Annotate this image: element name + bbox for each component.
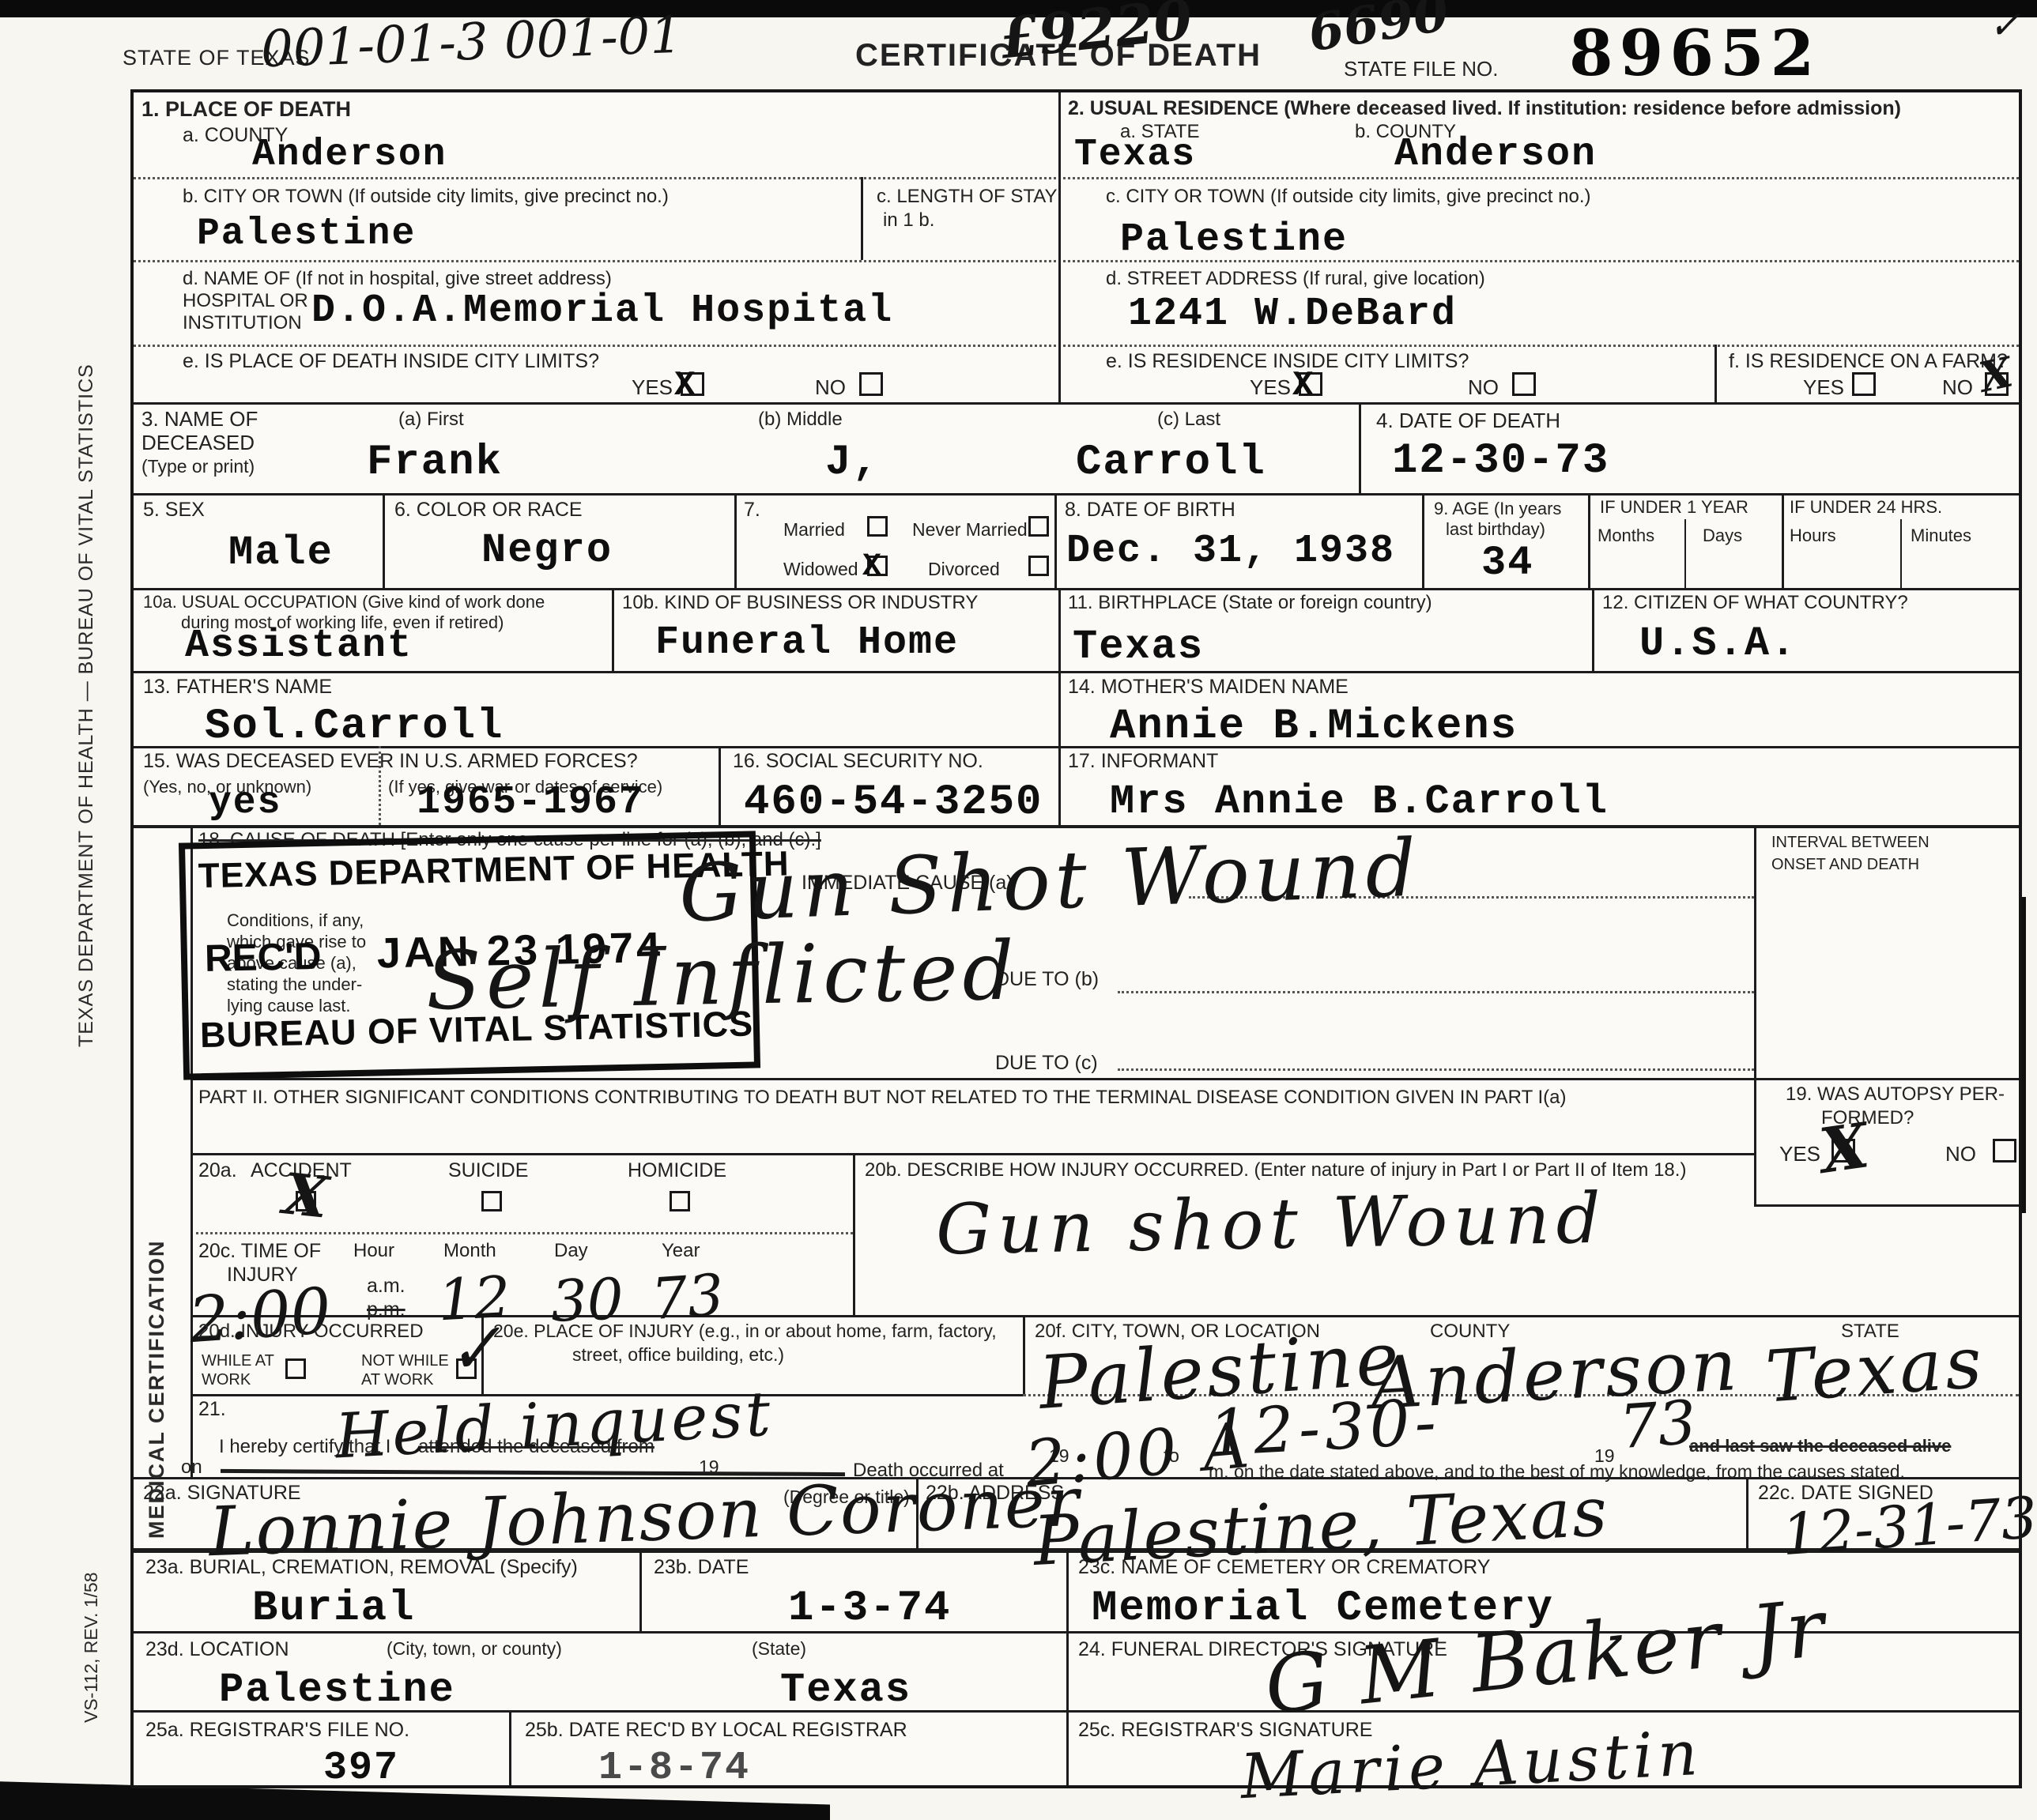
injury-desc-value-handwritten: Gun shot Wound — [935, 1184, 1607, 1265]
grid-line — [1066, 1710, 1069, 1785]
middle-name-value: J, — [825, 439, 880, 487]
grid-line — [509, 1710, 511, 1785]
under-1-year-label: IF UNDER 1 YEAR — [1600, 497, 1748, 518]
pm-label: p.m. — [367, 1298, 406, 1321]
burial-location-city-value: Palestine — [219, 1667, 455, 1713]
res-no-label: NO — [1468, 375, 1499, 400]
burial-value: Burial — [252, 1584, 415, 1633]
grid-line — [1782, 493, 1784, 588]
res-city-limits-yes-mark: X — [1292, 366, 1315, 405]
interval-label-2: ONSET AND DEATH — [1771, 856, 1919, 874]
registrar-file-label: 25a. REGISTRAR'S FILE NO. — [145, 1719, 409, 1742]
form-code-text: VS-112, REV. 1/58 — [81, 1537, 102, 1723]
registrar-file-value: 397 — [323, 1746, 399, 1791]
grid-line — [612, 588, 614, 671]
usual-residence-title: 2. USUAL RESIDENCE (Where deceased lived… — [1068, 97, 1901, 120]
res-street-value: 1241 W.DeBard — [1128, 292, 1457, 337]
pod-city-value: Palestine — [197, 213, 416, 255]
grid-line — [1684, 519, 1686, 588]
length-of-stay-label-1: c. LENGTH OF STAY — [877, 186, 1057, 208]
res-city-limits-label: e. IS RESIDENCE INSIDE CITY LIMITS? — [1106, 350, 1469, 373]
homicide-label: HOMICIDE — [628, 1159, 726, 1182]
grid-line — [1359, 402, 1361, 493]
citizen-value: U.S.A. — [1639, 620, 1797, 667]
injury-year-handwritten: 73 — [650, 1266, 726, 1328]
checkbox-never-married — [1028, 516, 1049, 537]
date-of-death-label: 4. DATE OF DEATH — [1376, 409, 1560, 433]
grid-line — [1746, 1477, 1748, 1548]
res-city-value: Palestine — [1120, 217, 1348, 262]
place-of-injury-label-2: street, office building, etc.) — [572, 1344, 784, 1366]
minutes-label: Minutes — [1911, 526, 1971, 546]
pod-city-limits-label: e. IS PLACE OF DEATH INSIDE CITY LIMITS? — [183, 350, 599, 373]
ssn-label: 16. SOCIAL SECURITY NO. — [733, 750, 983, 773]
accident-mark-handwritten: X — [281, 1165, 330, 1226]
pod-county-value: Anderson — [252, 134, 447, 176]
res-city-label: c. CITY OR TOWN (If outside city limits,… — [1106, 186, 1591, 208]
burial-date-label: 23b. DATE — [654, 1556, 749, 1579]
grid-line — [1588, 493, 1590, 588]
res-farm-label: f. IS RESIDENCE ON A FARM? — [1729, 350, 2008, 373]
res-yes-label: YES — [1250, 375, 1291, 400]
widowed-mark: X — [862, 549, 883, 585]
length-of-stay-label-2: in 1 b. — [883, 209, 934, 232]
occupation-label-1: 10a. USUAL OCCUPATION (Give kind of work… — [143, 592, 545, 612]
birthplace-value: Texas — [1073, 624, 1204, 670]
marital-label: 7. — [744, 499, 760, 522]
last-name-value: Carroll — [1076, 439, 1266, 487]
armed-forces-value: yes — [209, 782, 281, 824]
autopsy-no-label: NO — [1945, 1142, 1976, 1166]
pod-city-limits-yes-mark: X — [674, 366, 696, 405]
name-title-2: DECEASED — [141, 431, 255, 455]
grid-line — [1066, 1631, 1069, 1710]
mother-name-label: 14. MOTHER'S MAIDEN NAME — [1068, 676, 1349, 699]
checkbox-while-at-work — [285, 1358, 306, 1379]
autopsy-yes-label: YES — [1779, 1142, 1820, 1166]
due-to-b-value-handwritten: Self Inflicted — [425, 931, 1019, 1022]
burial-location-state-value: Texas — [780, 1667, 911, 1713]
registrar-date-label: 25b. DATE REC'D BY LOCAL REGISTRAR — [525, 1719, 907, 1742]
date-signed-handwritten: 12-31-73 — [1780, 1489, 2037, 1563]
farm-yes-label: YES — [1803, 375, 1844, 400]
not-while-mark-handwritten: ✓ — [443, 1313, 506, 1385]
age-label-1: 9. AGE (In years — [1434, 499, 1561, 519]
medical-certification-text: MEDICAL CERTIFICATION — [145, 1112, 169, 1539]
widowed-label: Widowed — [783, 559, 858, 580]
place-of-death-title: 1. PLACE OF DEATH — [141, 97, 351, 122]
injury-time-label-1: 20c. TIME OF — [198, 1240, 321, 1263]
cause-line-b — [1118, 991, 1754, 993]
grid-line — [190, 1232, 853, 1234]
injury-state-handwritten: Texas — [1764, 1327, 1987, 1413]
grid-line — [1900, 519, 1902, 588]
grid-line — [134, 345, 2019, 347]
pod-no-label: NO — [815, 375, 846, 400]
not-while-at-work-label-2: AT WORK — [361, 1371, 433, 1389]
married-label: Married — [783, 519, 845, 541]
checkbox-divorced — [1028, 556, 1049, 576]
autopsy-label-1: 19. WAS AUTOPSY PER- — [1786, 1083, 2005, 1106]
middle-name-label: (b) Middle — [758, 409, 843, 431]
left-margin-agency-text: TEXAS DEPARTMENT OF HEALTH — BUREAU OF V… — [75, 312, 98, 1047]
pod-hospital-label-2: HOSPITAL OR — [183, 290, 308, 312]
days-label: Days — [1703, 526, 1742, 546]
grid-line — [1054, 493, 1057, 588]
grid-line — [1754, 825, 1756, 1204]
grid-line — [1058, 671, 1061, 746]
interval-label-1: INTERVAL BETWEEN — [1771, 834, 1929, 852]
state-file-no-label: STATE FILE NO. — [1344, 57, 1499, 81]
checkbox-suicide — [481, 1191, 502, 1211]
name-title-1: 3. NAME OF — [141, 407, 258, 431]
grid-line — [134, 402, 2019, 405]
grid-line — [134, 493, 2019, 496]
first-name-value: Frank — [367, 439, 503, 487]
industry-value: Funeral Home — [655, 620, 959, 665]
header-code-2-handwritten: 6690 — [1305, 0, 1452, 60]
age-label-2: last birthday) — [1446, 519, 1545, 540]
grid-line — [190, 1153, 1754, 1155]
res-street-label: d. STREET ADDRESS (If rural, give locati… — [1106, 268, 1485, 290]
certificate-form: MEDICAL CERTIFICATION 1. PLACE OF DEATH … — [130, 89, 2022, 1788]
state-file-no-stamp: 89652 — [1569, 16, 1820, 90]
first-name-label: (a) First — [398, 409, 464, 431]
mother-name-value: Annie B.Mickens — [1110, 703, 1518, 751]
stamp-recd: REC'D — [204, 935, 322, 981]
day-label: Day — [554, 1240, 588, 1262]
grid-line — [134, 260, 2019, 262]
pod-yes-label: YES — [632, 375, 673, 400]
checkbox-autopsy-no — [1993, 1139, 2016, 1162]
am-label: a.m. — [367, 1275, 406, 1298]
burial-location-city-label: (City, town, or county) — [387, 1638, 562, 1660]
suicide-label: SUICIDE — [448, 1159, 528, 1182]
last-name-label: (c) Last — [1157, 409, 1220, 431]
cert-year-handwritten: 73 — [1617, 1392, 1698, 1458]
informant-label: 17. INFORMANT — [1068, 750, 1218, 773]
manner-label: 20a. — [198, 1159, 237, 1182]
year-label: Year — [662, 1240, 700, 1262]
hours-label: Hours — [1790, 526, 1836, 546]
grid-line — [134, 671, 2019, 673]
pod-hospital-value: D.O.A.Memorial Hospital — [311, 288, 893, 333]
last-saw-text: and last saw the deceased alive — [1689, 1436, 1951, 1456]
res-state-value: Texas — [1074, 134, 1196, 176]
grid-line — [861, 177, 863, 260]
grid-line — [1058, 588, 1061, 671]
header-checkmark-handwritten: ✓ — [1989, 6, 2020, 44]
under-24-hrs-label: IF UNDER 24 HRS. — [1790, 497, 1942, 518]
grid-line — [383, 493, 385, 588]
pod-city-label: b. CITY OR TOWN (If outside city limits,… — [183, 186, 669, 208]
grid-line — [853, 1153, 855, 1315]
registrar-date-value: 1-8-74 — [598, 1746, 750, 1791]
grid-line — [719, 746, 721, 825]
not-while-at-work-label-1: NOT WHILE — [361, 1352, 449, 1370]
name-title-3: (Type or print) — [141, 456, 255, 477]
father-name-label: 13. FATHER'S NAME — [143, 676, 332, 699]
grid-line — [1592, 588, 1594, 671]
citizen-label: 12. CITIZEN OF WHAT COUNTRY? — [1602, 592, 1908, 614]
grid-line — [134, 177, 2019, 179]
armed-forces-label: 15. WAS DECEASED EVER IN U.S. ARMED FORC… — [143, 750, 638, 773]
part2-label: PART II. OTHER SIGNIFICANT CONDITIONS CO… — [198, 1087, 1566, 1109]
grid-line — [1058, 746, 1061, 825]
sex-value: Male — [228, 529, 334, 576]
checkbox-homicide — [670, 1191, 690, 1211]
while-at-work-label-1: WHILE AT — [202, 1352, 274, 1370]
checkbox-res-city-limits-no — [1512, 372, 1536, 396]
farm-no-label: NO — [1942, 375, 1973, 400]
grid-line — [734, 493, 737, 588]
months-label: Months — [1598, 526, 1654, 546]
grid-line — [1058, 92, 1061, 402]
age-value: 34 — [1481, 540, 1533, 586]
certification-number-label: 21. — [198, 1398, 226, 1421]
pod-hospital-label-1: d. NAME OF (If not in hospital, give str… — [183, 268, 612, 290]
date-of-birth-label: 8. DATE OF BIRTH — [1065, 499, 1235, 522]
hour-label: Hour — [353, 1240, 394, 1262]
checkbox-pod-city-limits-no — [859, 372, 883, 396]
due-to-c-label: DUE TO (c) — [995, 1052, 1098, 1075]
occupation-value: Assistant — [185, 624, 413, 669]
res-county-value: Anderson — [1394, 132, 1597, 177]
sex-label: 5. SEX — [143, 499, 205, 522]
date-of-death-value: 12-30-73 — [1392, 437, 1609, 485]
checkbox-farm-yes — [1852, 372, 1876, 396]
ssn-value: 460-54-3250 — [744, 778, 1043, 827]
grid-line — [1023, 1315, 1025, 1394]
checkbox-married — [867, 516, 888, 537]
date-of-birth-value: Dec. 31, 1938 — [1066, 529, 1395, 574]
race-label: 6. COLOR OR RACE — [394, 499, 583, 522]
informant-value: Mrs Annie B.Carroll — [1110, 778, 1609, 825]
autopsy-yes-mark-handwritten: X — [1816, 1115, 1873, 1183]
registration-code-handwritten: 001-01-3 001-01 — [260, 10, 683, 76]
birthplace-label: 11. BIRTHPLACE (State or foreign country… — [1068, 592, 1432, 614]
burial-date-value: 1-3-74 — [788, 1584, 951, 1633]
death-certificate-scan: STATE OF TEXAS 001-01-3 001-01 CERTIFICA… — [0, 0, 2037, 1820]
injury-occurred-label: 20d. INJURY OCCURRED — [198, 1321, 424, 1343]
grid-line — [1714, 345, 1717, 402]
industry-label: 10b. KIND OF BUSINESS OR INDUSTRY — [622, 592, 978, 614]
father-name-value: Sol.Carroll — [205, 703, 504, 751]
grid-line — [134, 588, 2019, 590]
farm-no-mark-handwritten: X — [1976, 352, 2016, 398]
grid-line — [1422, 493, 1424, 588]
pod-hospital-label-3: INSTITUTION — [183, 312, 302, 334]
grid-line — [1754, 1204, 2019, 1207]
divorced-label: Divorced — [928, 559, 1000, 580]
burial-location-state-label: (State) — [752, 1638, 806, 1660]
place-of-injury-label-1: 20e. PLACE OF INJURY (e.g., in or about … — [493, 1321, 997, 1342]
never-married-label: Never Married — [912, 519, 1028, 541]
immediate-cause-value-handwritten: Gun Shot Wound — [678, 829, 1423, 934]
service-dates-value: 1965-1967 — [417, 780, 644, 825]
grid-line — [134, 825, 2019, 828]
month-label: Month — [443, 1240, 496, 1262]
race-value: Negro — [481, 527, 613, 574]
on-label: on — [181, 1456, 202, 1479]
grid-line — [639, 1548, 642, 1631]
grid-line — [190, 1078, 2019, 1080]
burial-location-label: 23d. LOCATION — [145, 1638, 289, 1661]
cause-line-c — [1118, 1068, 1754, 1071]
while-at-work-label-2: WORK — [202, 1371, 251, 1389]
